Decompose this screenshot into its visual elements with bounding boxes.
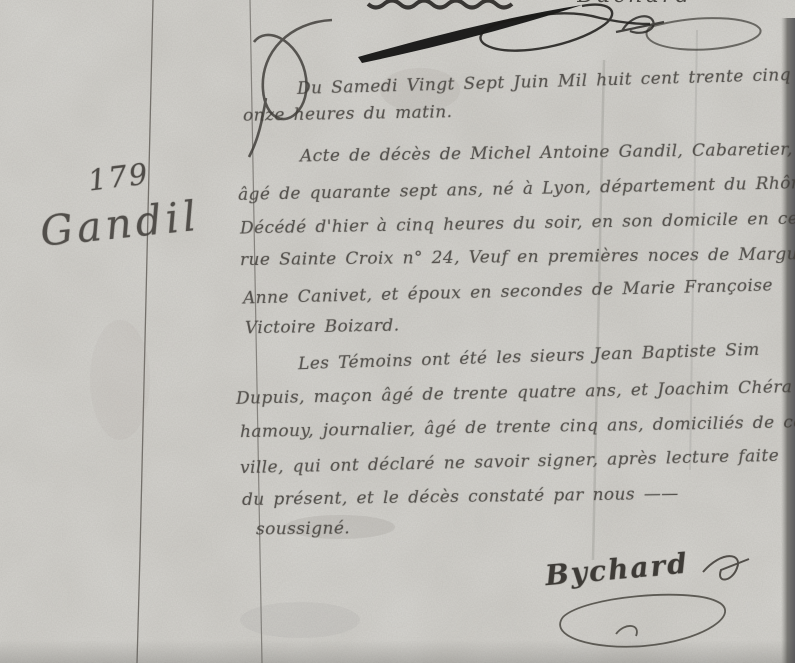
manuscript-line: soussigné.: [256, 519, 350, 540]
flourish-paraph-small: [616, 16, 664, 33]
ink-smudge: [90, 320, 150, 440]
page-edge-shadow-bottom: [0, 640, 795, 663]
manuscript-line: Anne Canivet, et époux en secondes de Ma…: [243, 276, 773, 309]
heavy-ink-flourish: [358, 5, 582, 63]
margin-rule-line-left: [137, 0, 153, 663]
flourish-loop: [480, 5, 650, 51]
manuscript-line: rue Sainte Croix n° 24, Veuf en première…: [240, 244, 795, 270]
top-edge-scribble: [368, 1, 512, 8]
manuscript-line: du présent, et le décès constaté par nou…: [242, 484, 679, 510]
officiant-signature: Bychard: [544, 547, 690, 592]
signature-paraph: [560, 595, 725, 647]
ink-smudge: [240, 602, 360, 638]
manuscript-line: âgé de quarante sept ans, né à Lyon, dép…: [238, 173, 795, 205]
page-edge-shadow-right: [781, 18, 795, 663]
margin-entry-number: 179: [86, 156, 151, 197]
manuscript-line: hamouy, journalier, âgé de trente cinq a…: [240, 412, 795, 442]
manuscript-line: Les Témoins ont été les sieurs Jean Bapt…: [298, 340, 760, 374]
signature-end-flourish: [703, 556, 749, 579]
margin-entry-name: Gandil: [38, 192, 202, 256]
manuscript-line: Acte de décès de Michel Antoine Gandil, …: [300, 140, 793, 167]
previous-entry-signature-remnant: Buchard: [577, 0, 767, 9]
manuscript-line: Dupuis, maçon âgé de trente quatre ans, …: [236, 377, 793, 409]
scanned-death-record-page: Buchard 179 Gandil Du Samedi Vingt Sept …: [0, 0, 795, 663]
flourish-oval-right: [647, 18, 761, 50]
manuscript-line: Victoire Boizard.: [245, 316, 400, 339]
previous-entry-signature-text: Buchard: [577, 0, 693, 8]
manuscript-line: Du Samedi Vingt Sept Juin Mil huit cent …: [297, 65, 791, 99]
manuscript-line: onze heures du matin.: [243, 102, 453, 126]
manuscript-line: Décédé d'hier à cinq heures du soir, en …: [240, 208, 795, 239]
manuscript-line: ville, qui ont déclaré ne savoir signer,…: [240, 446, 780, 478]
